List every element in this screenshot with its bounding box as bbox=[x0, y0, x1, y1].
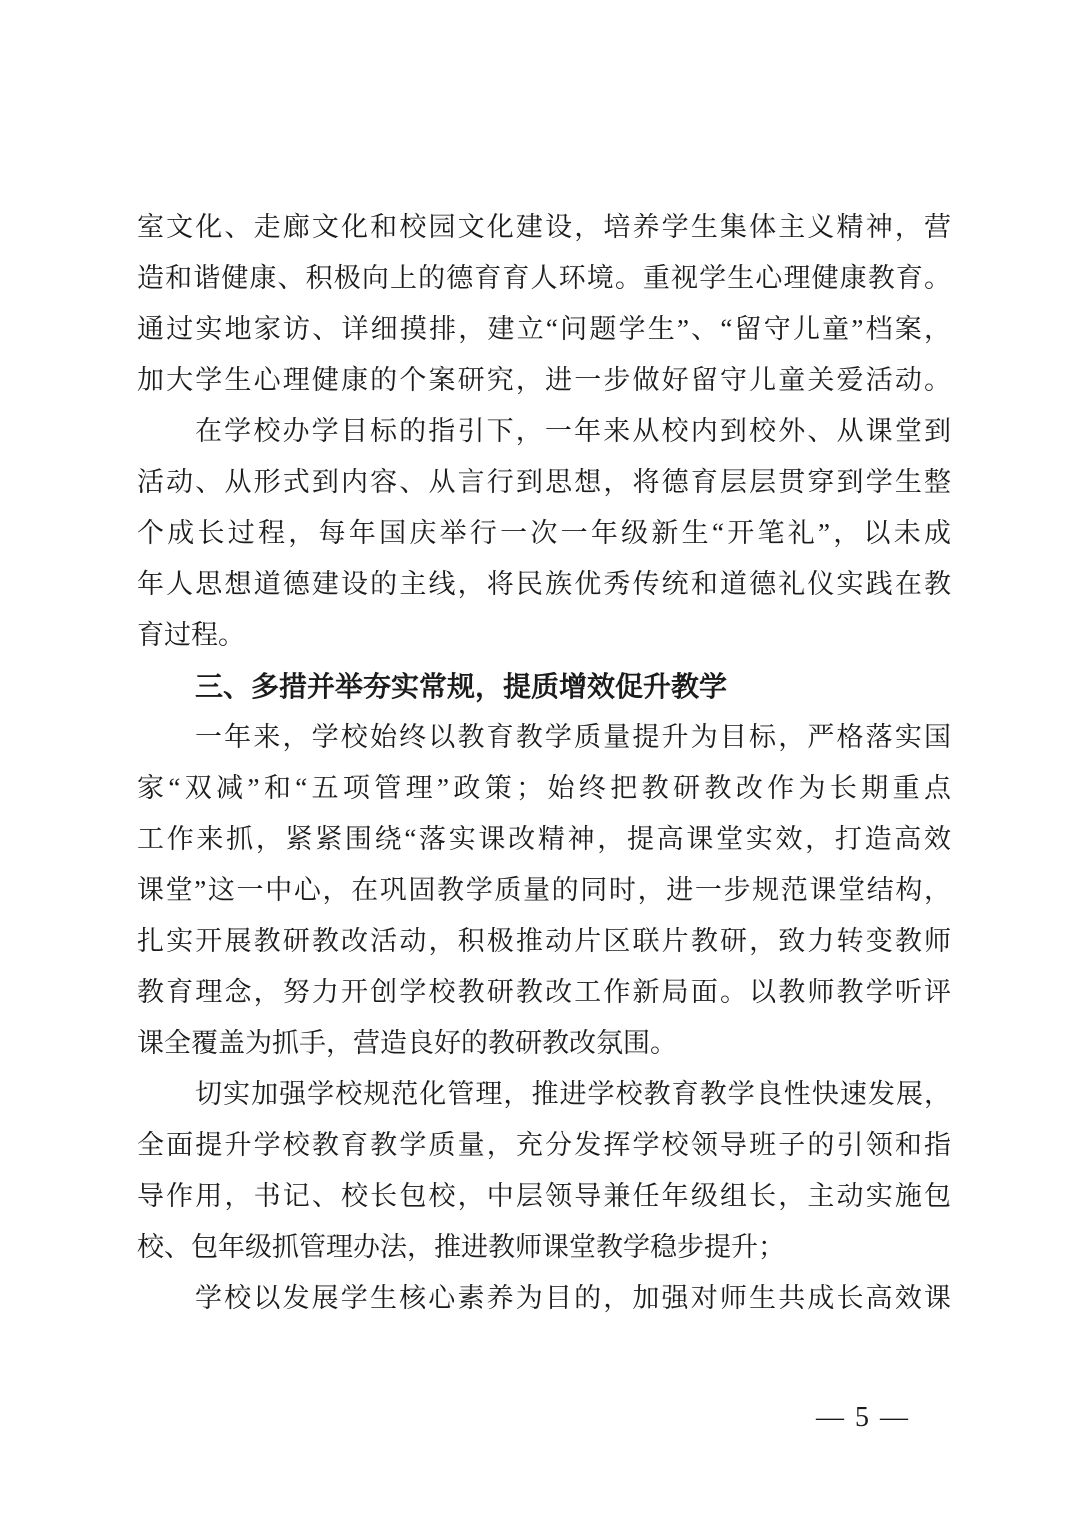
text-line: 育过程。 bbox=[137, 610, 951, 661]
text-line: 课堂”这一中心，在巩固教学质量的同时，进一步规范课堂结构， bbox=[137, 865, 951, 916]
page-number: — 5 — bbox=[816, 1398, 910, 1438]
text-line: 个成长过程，每年国庆举行一次一年级新生“开笔礼”，以未成 bbox=[137, 508, 951, 559]
text-line: 通过实地家访、详细摸排，建立“问题学生”、“留守儿童”档案， bbox=[137, 304, 951, 355]
text-line: 教育理念，努力开创学校教研教改工作新局面。以教师教学听评 bbox=[137, 967, 951, 1018]
text-line: 扎实开展教研教改活动，积极推动片区联片教研，致力转变教师 bbox=[137, 916, 951, 967]
text-line: 全面提升学校教育教学质量，充分发挥学校领导班子的引领和指 bbox=[137, 1120, 951, 1171]
text-block: 室文化、走廊文化和校园文化建设，培养学生集体主义精神，营造和谐健康、积极向上的德… bbox=[137, 202, 951, 1324]
text-line: 学校以发展学生核心素养为目的，加强对师生共成长高效课 bbox=[137, 1273, 951, 1324]
document-page: 室文化、走廊文化和校园文化建设，培养学生集体主义精神，营造和谐健康、积极向上的德… bbox=[0, 0, 1080, 1527]
text-line: 一年来，学校始终以教育教学质量提升为目标，严格落实国 bbox=[137, 712, 951, 763]
text-line: 加大学生心理健康的个案研究，进一步做好留守儿童关爱活动。 bbox=[137, 355, 951, 406]
text-line: 家“双减”和“五项管理”政策；始终把教研教改作为长期重点 bbox=[137, 763, 951, 814]
text-line: 工作来抓，紧紧围绕“落实课改精神，提高课堂实效，打造高效 bbox=[137, 814, 951, 865]
text-line: 造和谐健康、积极向上的德育育人环境。重视学生心理健康教育。 bbox=[137, 253, 951, 304]
text-line: 切实加强学校规范化管理，推进学校教育教学良性快速发展， bbox=[137, 1069, 951, 1120]
text-line: 导作用，书记、校长包校，中层领导兼任年级组长，主动实施包 bbox=[137, 1171, 951, 1222]
text-line: 在学校办学目标的指引下，一年来从校内到校外、从课堂到 bbox=[137, 406, 951, 457]
text-line: 校、包年级抓管理办法，推进教师课堂教学稳步提升； bbox=[137, 1222, 951, 1273]
text-line: 室文化、走廊文化和校园文化建设，培养学生集体主义精神，营 bbox=[137, 202, 951, 253]
text-line: 年人思想道德建设的主线，将民族优秀传统和道德礼仪实践在教 bbox=[137, 559, 951, 610]
text-line: 课全覆盖为抓手，营造良好的教研教改氛围。 bbox=[137, 1018, 951, 1069]
section-heading: 三、多措并举夯实常规，提质增效促升教学 bbox=[137, 661, 951, 712]
text-line: 活动、从形式到内容、从言行到思想，将德育层层贯穿到学生整 bbox=[137, 457, 951, 508]
